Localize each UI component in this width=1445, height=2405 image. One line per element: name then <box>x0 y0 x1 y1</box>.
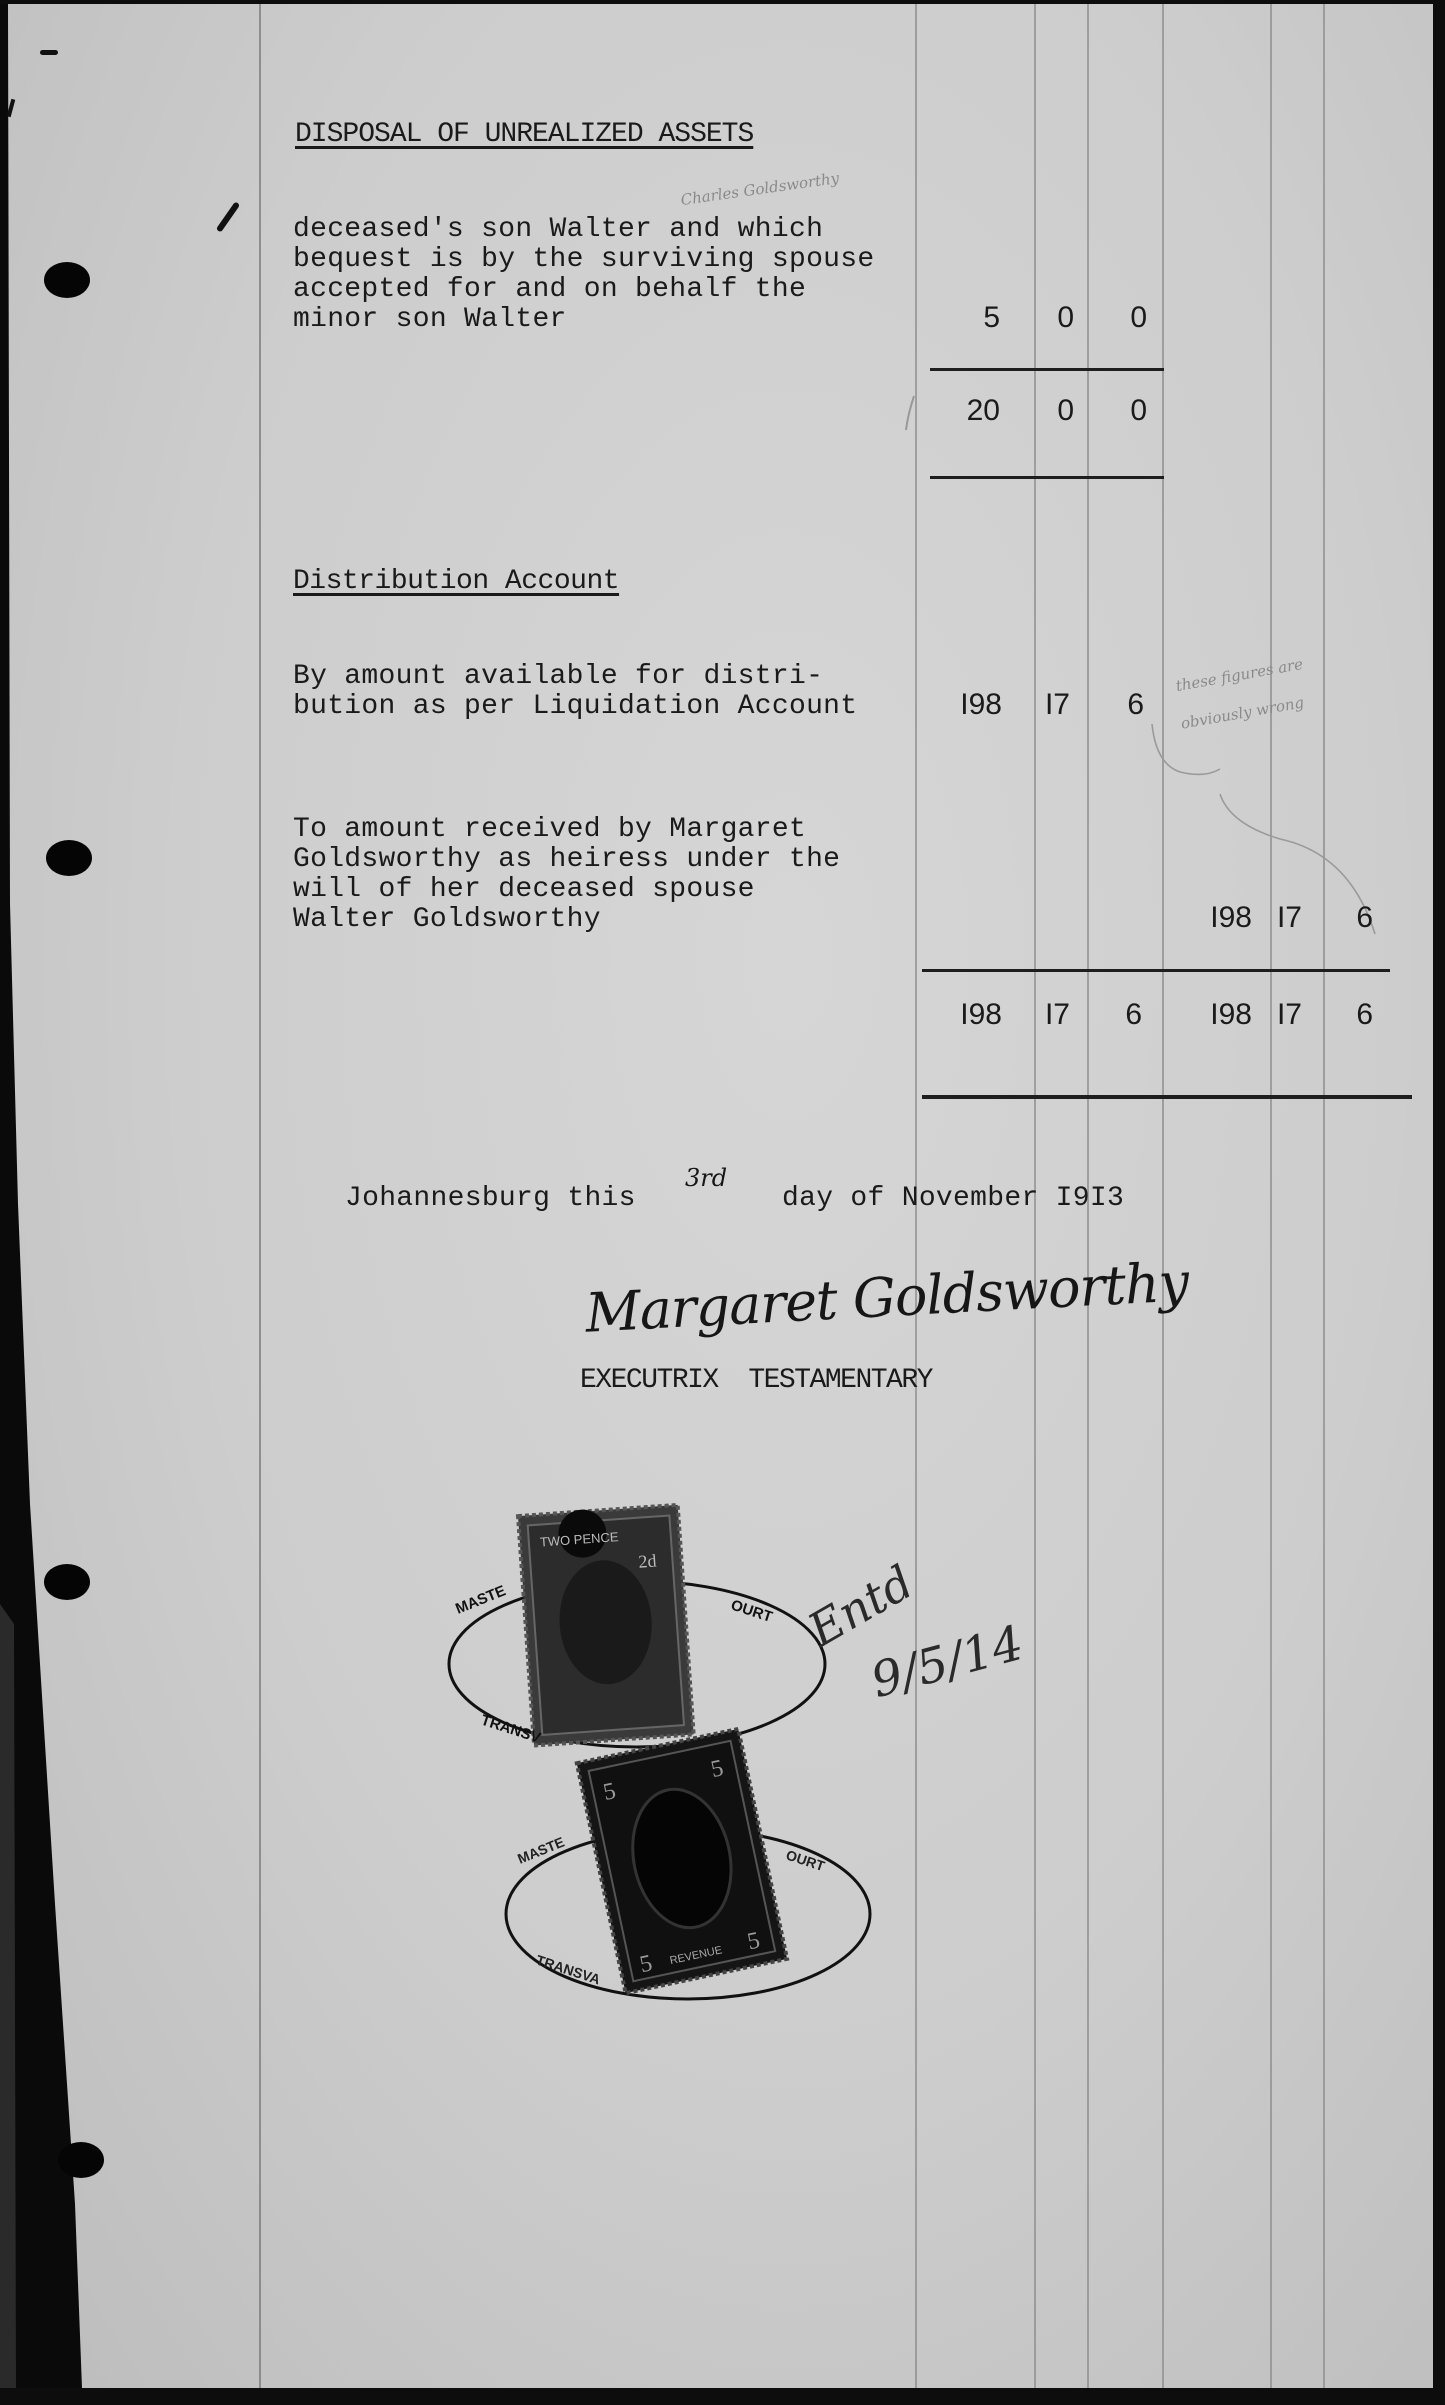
svg-text:TRANSVA: TRANSVA <box>534 1952 602 1988</box>
svg-text:MASTE: MASTE <box>515 1834 566 1867</box>
credit-shillings: I7 <box>1030 688 1070 722</box>
credit-line: bution as per Liquidation Account <box>293 692 857 722</box>
margin-line <box>259 4 261 2388</box>
subtotal-shillings: 0 <box>1036 394 1074 428</box>
revenue-stamps: TWO PENCE 2d 5 5 5 5 REVENUE MASTE OURT … <box>430 1494 890 2014</box>
total-right-shillings: I7 <box>1262 998 1302 1032</box>
total-left-shillings: I7 <box>1030 998 1070 1032</box>
debit-line: will of her deceased spouse <box>293 875 755 905</box>
document-page: DISPOSAL OF UNREALIZED ASSETS Charles Go… <box>0 4 1433 2388</box>
bequest-line: minor son Walter <box>293 305 567 335</box>
debit-shillings: I7 <box>1262 901 1302 935</box>
section-heading: DISPOSAL OF UNREALIZED ASSETS <box>295 120 753 150</box>
svg-text:OURT: OURT <box>729 1597 775 1626</box>
amount-pence: 0 <box>1100 301 1147 335</box>
svg-text:2d: 2d <box>638 1551 657 1572</box>
subtotal-pence: 0 <box>1100 394 1147 428</box>
pencil-arrow <box>1150 704 1400 934</box>
punch-hole <box>58 2142 104 2178</box>
total-left-pence: 6 <box>1100 998 1142 1032</box>
svg-text:OURT: OURT <box>784 1847 827 1875</box>
subtotal-pounds: 20 <box>930 394 1000 428</box>
debit-pounds: I98 <box>1180 901 1252 935</box>
debit-line: To amount received by Margaret <box>293 815 806 845</box>
debit-line: Walter Goldsworthy <box>293 905 601 935</box>
signatory-title: EXECUTRIX TESTAMENTARY <box>580 1366 932 1396</box>
punch-hole <box>44 1564 90 1600</box>
dateline-suffix: day of November I9I3 <box>782 1184 1124 1214</box>
svg-text:MASTE: MASTE <box>453 1582 508 1617</box>
distribution-title: Distribution Account <box>293 567 619 597</box>
total-right-pounds: I98 <box>1180 998 1252 1032</box>
punch-hole <box>46 840 92 876</box>
scan-edge-left <box>0 4 100 2388</box>
signature: Margaret Goldsworthy <box>584 1250 1190 1344</box>
total-left-pounds: I98 <box>930 998 1002 1032</box>
totals-double-rule <box>922 1095 1412 1099</box>
bequest-line: bequest is by the surviving spouse <box>293 245 875 275</box>
subtotal-double-rule <box>930 476 1164 479</box>
column-line <box>1323 4 1325 2388</box>
column-line <box>1162 4 1164 2388</box>
subtotal-rule <box>930 368 1164 371</box>
debit-pence: 6 <box>1335 901 1373 935</box>
credit-pounds: I98 <box>930 688 1002 722</box>
dateline-prefix: Johannesburg this <box>345 1184 636 1214</box>
dateline-day: 3rd <box>685 1164 727 1192</box>
totals-rule <box>922 969 1390 972</box>
column-line <box>1270 4 1272 2388</box>
amount-pounds: 5 <box>930 301 1000 335</box>
bequest-line: deceased's son Walter and which <box>293 215 823 245</box>
credit-line: By amount available for distri- <box>293 662 823 692</box>
pencil-note: these figures are <box>1174 655 1304 695</box>
punch-hole <box>44 262 90 298</box>
amount-shillings: 0 <box>1036 301 1074 335</box>
credit-pence: 6 <box>1100 688 1144 722</box>
debit-line: Goldsworthy as heiress under the <box>293 845 840 875</box>
pencil-mark <box>900 394 920 434</box>
pencil-annotation-name: Charles Goldsworthy <box>680 169 841 209</box>
ink-mark <box>216 201 240 232</box>
bequest-line: accepted for and on behalf the <box>293 275 806 305</box>
total-right-pence: 6 <box>1335 998 1373 1032</box>
ink-mark <box>40 50 58 55</box>
